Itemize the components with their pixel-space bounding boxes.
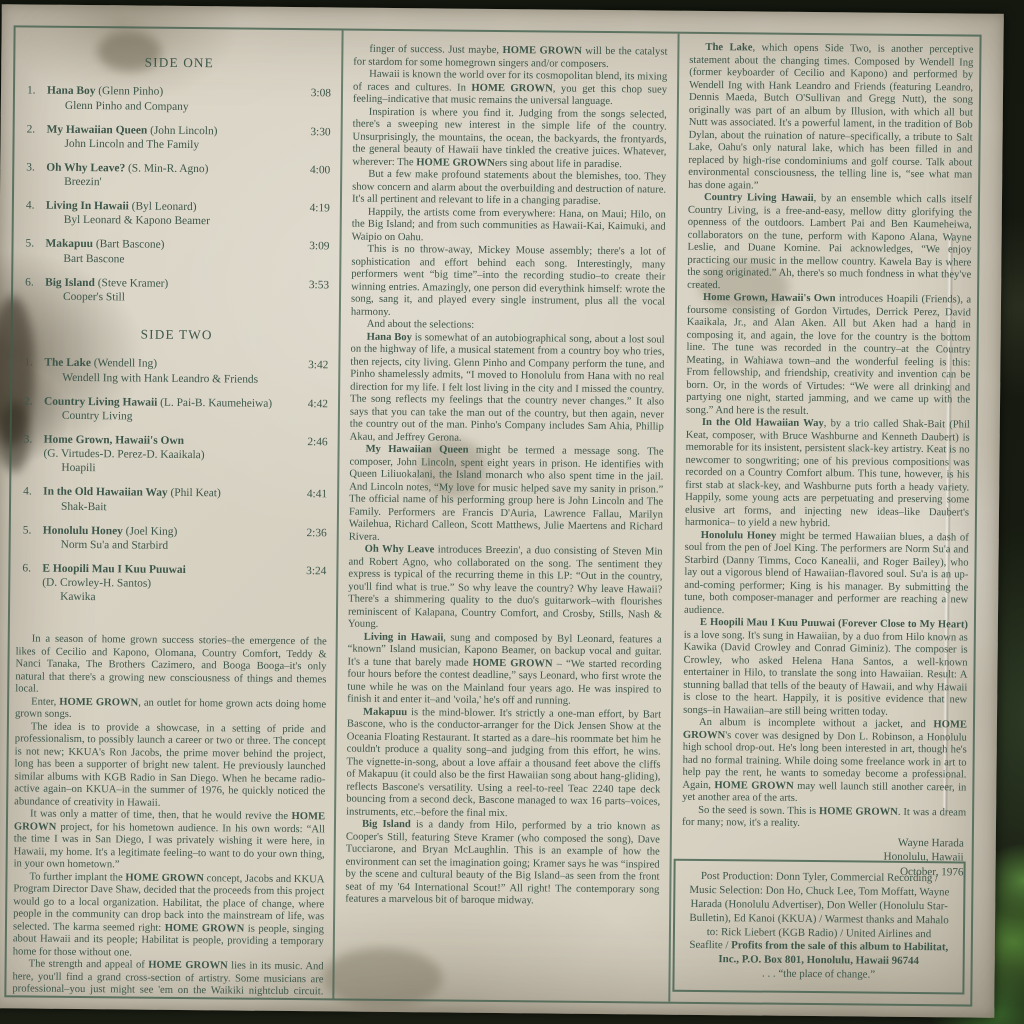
track-artist: Kawika (60, 590, 326, 607)
side-one-heading: SIDE ONE (27, 53, 331, 72)
side-one-track-list: 1. Hana Boy (Glenn Pinho) 3:08 Glenn Pin… (25, 84, 331, 307)
paragraph: To further implant the HOME GROWN concep… (13, 871, 325, 961)
side-two-track-list: 1. The Lake (Wendell Ing) 3:42 Wendell I… (22, 356, 328, 607)
paragraph: An album is incomplete without a jacket,… (682, 717, 967, 807)
album-back-cover-paper: SIDE ONE 1. Hana Boy (Glenn Pinho) 3:08 … (0, 4, 1004, 1018)
track-number: 5. (25, 237, 45, 251)
track-row: 2. My Hawaiian Queen (John Lincoln) 3:30… (26, 122, 330, 153)
track-duration: 4:42 (294, 397, 328, 411)
track-duration: 3:09 (295, 240, 329, 254)
track-number: 3. (26, 160, 46, 174)
track-duration: 4:41 (293, 487, 327, 501)
track-duration: 2:36 (293, 526, 327, 540)
track-duration: 4:19 (296, 201, 330, 215)
paragraph: It was only a matter of time, then, that… (14, 809, 326, 874)
track-duration: 3:24 (292, 564, 326, 578)
photo-of-album-back-cover: { "palette": { "ink": "#3d574a", "paper"… (0, 0, 1024, 1024)
track-row: 5. Makapuu (Bart Bascone) 3:09 Bart Basc… (25, 237, 329, 268)
paragraph: But a few make profound statements about… (352, 169, 666, 210)
track-listing: SIDE ONE 1. Hana Boy (Glenn Pinho) 3:08 … (10, 27, 342, 606)
paragraph: Inspiration is where you find it. Judgin… (352, 106, 667, 172)
left-column: SIDE ONE 1. Hana Boy (Glenn Pinho) 3:08 … (6, 27, 341, 998)
track-row: 2. Country Living Hawaii (L. Pai-B. Kaum… (24, 394, 328, 425)
track-duration: 3:08 (297, 86, 331, 100)
track-row: 1. The Lake (Wendell Ing) 3:42 Wendell I… (24, 356, 328, 387)
paragraph: Oh Why Leave introduces Breezin', a duo … (348, 544, 663, 635)
track-row: 4. In the Old Hawaiian Way (Phil Keat) 4… (23, 485, 327, 516)
paragraph: Makapuu is the mind-blower. It's strictl… (346, 706, 661, 822)
paragraph: This is no throw-away, Mickey Mouse asse… (351, 244, 666, 322)
paragraph: In the Old Hawaiian Way, by a trio calle… (685, 417, 970, 532)
track-artist: Byl Leonard & Kapono Beamer (64, 213, 330, 230)
paragraph: Hawaii is known the world over for its c… (353, 69, 667, 110)
track-duration: 2:46 (294, 435, 328, 449)
paragraph: E Hoopili Mau I Kuu Puuwai (Forever Clos… (683, 617, 968, 720)
track-duration: 3:42 (294, 358, 328, 372)
track-artist: Shak-Bait (61, 499, 327, 516)
track-row: 6. E Hoopili Mau I Kuu Puuwai 3:24 (D. C… (22, 561, 326, 606)
track-artist: Hoapili (61, 461, 327, 478)
paragraph: Honolulu Honey might be termed Hawaiian … (684, 529, 969, 619)
printed-border-frame: SIDE ONE 1. Hana Boy (Glenn Pinho) 3:08 … (4, 25, 981, 1006)
track-number: 6. (22, 561, 42, 575)
track-number: 4. (26, 199, 46, 213)
track-row: 5. Honolulu Honey (Joel King) 2:36 Norm … (23, 523, 327, 554)
track-row: 6. Big Island (Steve Kramer) 3:53 Cooper… (25, 275, 329, 306)
track-artist: Glenn Pinho and Company (65, 98, 331, 115)
track-number: 3. (24, 432, 44, 446)
liner-notes-middle: finger of success. Just maybe, HOME GROW… (335, 30, 677, 909)
production-credits-box: Post Production: Donn Tyler, Commercial … (672, 859, 965, 995)
track-number: 1. (24, 356, 44, 370)
liner-notes-intro: In a season of home grown success storie… (6, 614, 336, 999)
track-artist: Norm Su'a and Starbird (61, 538, 327, 555)
paragraph: Hana Boy is somewhat of an autobiographi… (350, 331, 665, 447)
track-row: 4. Living In Hawaii (Byl Leonard) 4:19 B… (26, 199, 330, 230)
paragraph: Happily, the artists come from everywher… (352, 206, 666, 247)
paragraph: The Lake, which opens Side Two, is anoth… (688, 42, 973, 195)
paragraph: finger of success. Just maybe, HOME GROW… (353, 44, 667, 72)
track-row: 3. Home Grown, Hawaii's Own 2:46 (G. Vir… (23, 432, 327, 477)
track-number: 6. (25, 275, 45, 289)
track-row: 1. Hana Boy (Glenn Pinho) 3:08 Glenn Pin… (27, 84, 331, 115)
track-number: 2. (24, 394, 44, 408)
track-number: 2. (27, 122, 47, 136)
track-artist: Wendell Ing with Hank Leandro & Friends (62, 370, 328, 387)
paragraph: Country Living Hawaii, by an ensemble wh… (687, 192, 972, 295)
paragraph: Home Grown, Hawaii's Own introduces Hoap… (686, 292, 971, 420)
track-artist: Breezin' (64, 175, 330, 192)
track-artist: Bart Bascone (63, 251, 329, 268)
track-duration: 3:30 (297, 125, 331, 139)
right-column: The Lake, which opens Side Two, is anoth… (670, 34, 979, 1005)
paragraph: Enter, HOME GROWN, an outlet for home gr… (15, 696, 326, 724)
track-number: 5. (23, 523, 43, 537)
track-artist: Country Living (62, 409, 328, 426)
track-artist: John Lincoln and The Family (64, 137, 330, 154)
liner-notes-right: The Lake, which opens Side Two, is anoth… (672, 34, 980, 832)
track-number: 1. (27, 84, 47, 98)
paragraph: The idea is to provide a showcase, in a … (14, 721, 326, 811)
paragraph: So the seed is sown. This is HOME GROWN.… (682, 804, 966, 832)
paragraph: Living in Hawaii, sung and composed by B… (347, 631, 662, 709)
paragraph: Big Island is a dandy from Hilo, perform… (345, 819, 660, 910)
track-row: 3. Oh Why Leave? (S. Min-R. Agno) 4:00 B… (26, 160, 330, 191)
middle-column: finger of success. Just maybe, HOME GROW… (334, 30, 677, 1001)
track-duration: 4:00 (296, 163, 330, 177)
side-two-heading: SIDE TWO (25, 325, 329, 344)
track-duration: 3:53 (295, 278, 329, 292)
track-artist: Cooper's Still (63, 290, 329, 307)
paragraph: My Hawaiian Queen might be termed a mess… (349, 444, 664, 547)
paragraph: In a season of home grown success storie… (15, 634, 327, 699)
paragraph: The strength and appeal of HOME GROWN li… (12, 959, 324, 999)
track-number: 4. (23, 485, 43, 499)
